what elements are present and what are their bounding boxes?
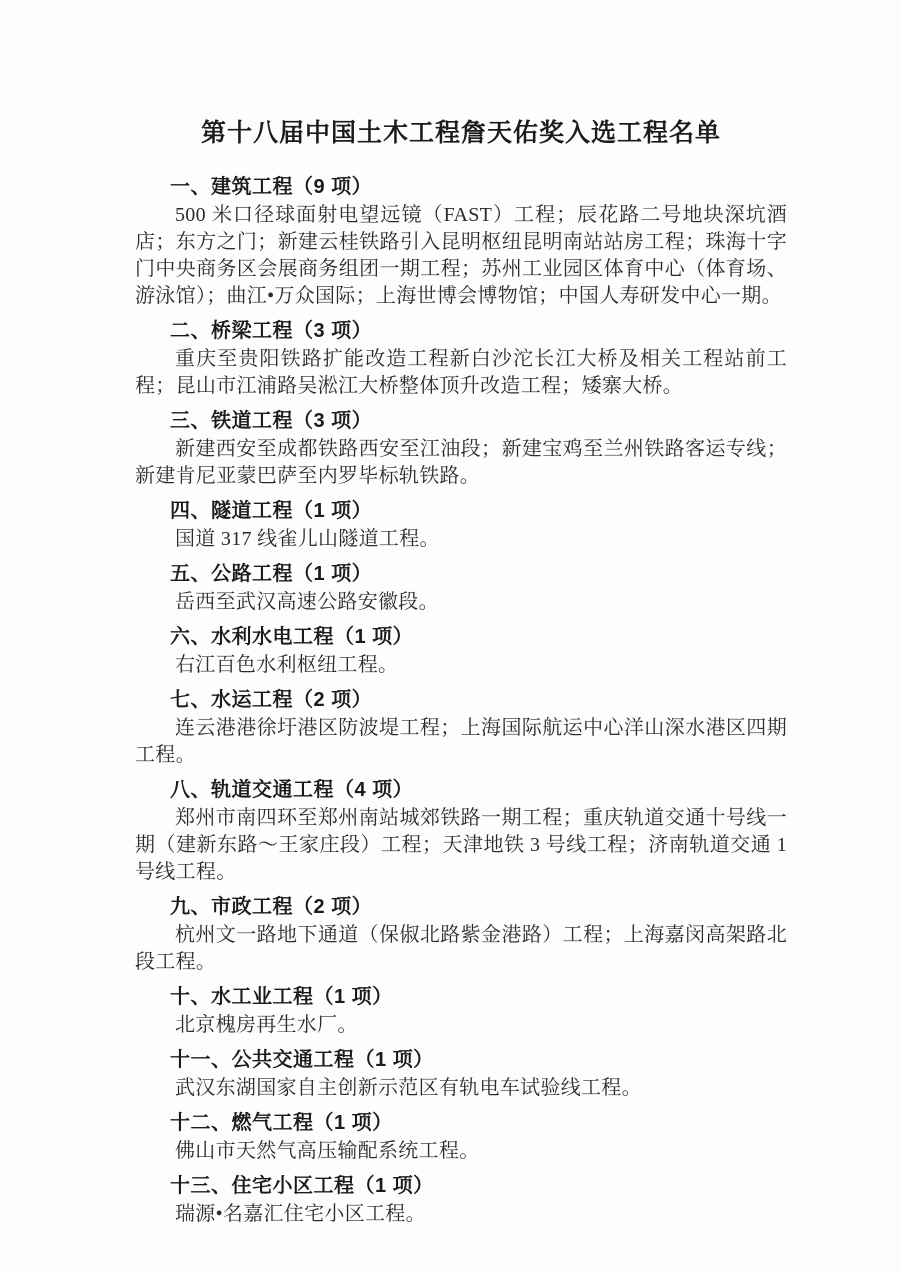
award-section: 十二、燃气工程（1 项） 佛山市天然气高压输配系统工程。 [135, 1108, 787, 1165]
section-heading: 八、轨道交通工程（4 项） [135, 775, 787, 805]
award-section: 八、轨道交通工程（4 项） 郑州市南四环至郑州南站城郊铁路一期工程；重庆轨道交通… [135, 775, 787, 886]
award-section: 十三、住宅小区工程（1 项） 瑞源•名嘉汇住宅小区工程。 [135, 1171, 787, 1228]
sections-container: 一、建筑工程（9 项） 500 米口径球面射电望远镜（FAST）工程；辰花路二号… [135, 172, 787, 1228]
section-heading: 五、公路工程（1 项） [135, 559, 787, 589]
section-body: 500 米口径球面射电望远镜（FAST）工程；辰花路二号地块深坑酒店；东方之门；… [135, 202, 787, 310]
document-title: 第十八届中国土木工程詹天佑奖入选工程名单 [135, 118, 787, 148]
award-section: 三、铁道工程（3 项） 新建西安至成都铁路西安至江油段；新建宝鸡至兰州铁路客运专… [135, 406, 787, 490]
award-section: 一、建筑工程（9 项） 500 米口径球面射电望远镜（FAST）工程；辰花路二号… [135, 172, 787, 310]
award-section: 十、水工业工程（1 项） 北京槐房再生水厂。 [135, 982, 787, 1039]
section-heading: 三、铁道工程（3 项） [135, 406, 787, 436]
award-section: 十一、公共交通工程（1 项） 武汉东湖国家自主创新示范区有轨电车试验线工程。 [135, 1045, 787, 1102]
document-content: 第十八届中国土木工程詹天佑奖入选工程名单 一、建筑工程（9 项） 500 米口径… [0, 0, 900, 1228]
section-heading: 二、桥梁工程（3 项） [135, 316, 787, 346]
section-heading: 六、水利水电工程（1 项） [135, 622, 787, 652]
section-body: 右江百色水利枢纽工程。 [135, 652, 787, 679]
award-section: 九、市政工程（2 项） 杭州文一路地下通道（保俶北路紫金港路）工程；上海嘉闵高架… [135, 892, 787, 976]
section-body: 连云港港徐圩港区防波堤工程；上海国际航运中心洋山深水港区四期工程。 [135, 715, 787, 769]
section-body: 北京槐房再生水厂。 [135, 1012, 787, 1039]
section-body: 新建西安至成都铁路西安至江油段；新建宝鸡至兰州铁路客运专线；新建肯尼亚蒙巴萨至内… [135, 436, 787, 490]
section-body: 岳西至武汉高速公路安徽段。 [135, 589, 787, 616]
award-section: 六、水利水电工程（1 项） 右江百色水利枢纽工程。 [135, 622, 787, 679]
section-body: 瑞源•名嘉汇住宅小区工程。 [135, 1201, 787, 1228]
section-heading: 十一、公共交通工程（1 项） [135, 1045, 787, 1075]
section-body: 武汉东湖国家自主创新示范区有轨电车试验线工程。 [135, 1075, 787, 1102]
section-body: 重庆至贵阳铁路扩能改造工程新白沙沱长江大桥及相关工程站前工程；昆山市江浦路吴淞江… [135, 346, 787, 400]
section-heading: 四、隧道工程（1 项） [135, 496, 787, 526]
section-body: 杭州文一路地下通道（保俶北路紫金港路）工程；上海嘉闵高架路北段工程。 [135, 922, 787, 976]
section-body: 佛山市天然气高压输配系统工程。 [135, 1138, 787, 1165]
section-heading: 七、水运工程（2 项） [135, 685, 787, 715]
section-heading: 十二、燃气工程（1 项） [135, 1108, 787, 1138]
award-section: 七、水运工程（2 项） 连云港港徐圩港区防波堤工程；上海国际航运中心洋山深水港区… [135, 685, 787, 769]
award-section: 五、公路工程（1 项） 岳西至武汉高速公路安徽段。 [135, 559, 787, 616]
document-page: 第十八届中国土木工程詹天佑奖入选工程名单 一、建筑工程（9 项） 500 米口径… [0, 0, 900, 1272]
award-section: 四、隧道工程（1 项） 国道 317 线雀儿山隧道工程。 [135, 496, 787, 553]
section-body: 国道 317 线雀儿山隧道工程。 [135, 526, 787, 553]
section-heading: 十三、住宅小区工程（1 项） [135, 1171, 787, 1201]
section-heading: 十、水工业工程（1 项） [135, 982, 787, 1012]
section-body: 郑州市南四环至郑州南站城郊铁路一期工程；重庆轨道交通十号线一期（建新东路～王家庄… [135, 805, 787, 886]
award-section: 二、桥梁工程（3 项） 重庆至贵阳铁路扩能改造工程新白沙沱长江大桥及相关工程站前… [135, 316, 787, 400]
section-heading: 一、建筑工程（9 项） [135, 172, 787, 202]
section-heading: 九、市政工程（2 项） [135, 892, 787, 922]
